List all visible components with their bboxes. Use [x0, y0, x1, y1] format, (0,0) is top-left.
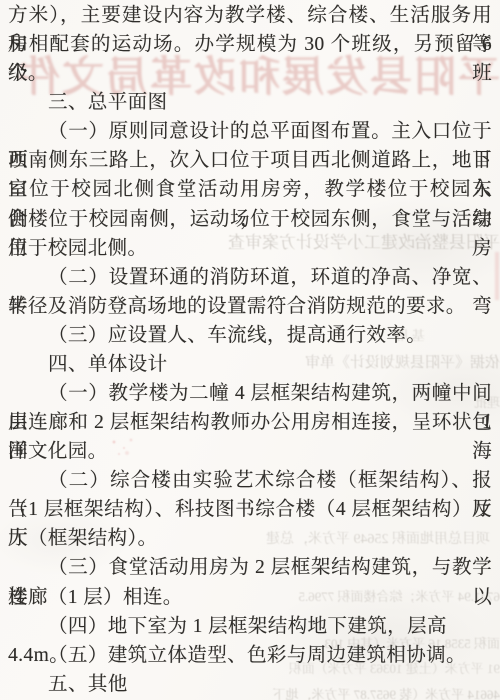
text-line: 口位于校园北侧食堂活动用房旁，教学楼位于校园东侧，综: [8, 175, 492, 204]
text-line: （1 层框架结构）、科技图书综合楼（4 层框架结构）及大: [8, 495, 492, 524]
text-line: 四、单体设计: [8, 350, 492, 379]
text-line: 层连廊和 2 层框架结构教师办公用房相连接，呈环状包围海: [8, 408, 492, 437]
text-line: 和相配套的运动场。办学规模为 30 个班级，另预留 6 个班: [8, 30, 492, 59]
text-line: 厅（框架结构）。: [8, 524, 492, 553]
text-line: （二）设置环通的消防环道，环道的净高、净宽、转弯: [8, 263, 492, 292]
right-edge-pink-streak: [495, 252, 499, 300]
document-text-body: 方米），主要建设内容为教学楼、综合楼、生活服务用房等和相配套的运动场。办学规模为…: [8, 1, 492, 699]
text-line: 三、总平面图: [8, 88, 492, 117]
scanned-document-page: 平阳县发展和改革局文件 平阳县整治改建工小学设计方案审查基 用依据《平阳县规划设…: [0, 0, 500, 700]
text-line: （五）建筑立体造型、色彩与周边建筑相协调。: [8, 641, 492, 670]
text-line: 西南侧东三路上，次入口位于项目西北侧道路上，地下室入: [8, 146, 492, 175]
text-line: （四）地下室为 1 层框架结构地下建筑，层高 4.4m。: [8, 612, 492, 641]
text-line: 半径及消防登高场地的设置需符合消防规范的要求。: [8, 292, 492, 321]
text-line: （三）食堂活动用房为 2 层框架结构建筑，与教学楼以: [8, 553, 492, 582]
text-line: 合楼位于校园南侧，运动场位于校园东侧，食堂与活动用房: [8, 205, 492, 234]
text-line: （二）综合楼由实验艺术综合楼（框架结构）、报告厅: [8, 466, 492, 495]
text-line: 五、其他: [8, 670, 492, 699]
text-line: 方米），主要建设内容为教学楼、综合楼、生活服务用房等: [8, 1, 492, 30]
text-line: （一）原则同意设计的总平面图布置。主入口位于项目: [8, 117, 492, 146]
text-line: （三）应设置人、车流线，提高通行效率。: [8, 321, 492, 350]
text-line: （一）教学楼为二幢 4 层框架结构建筑，两幢中间由 1: [8, 379, 492, 408]
